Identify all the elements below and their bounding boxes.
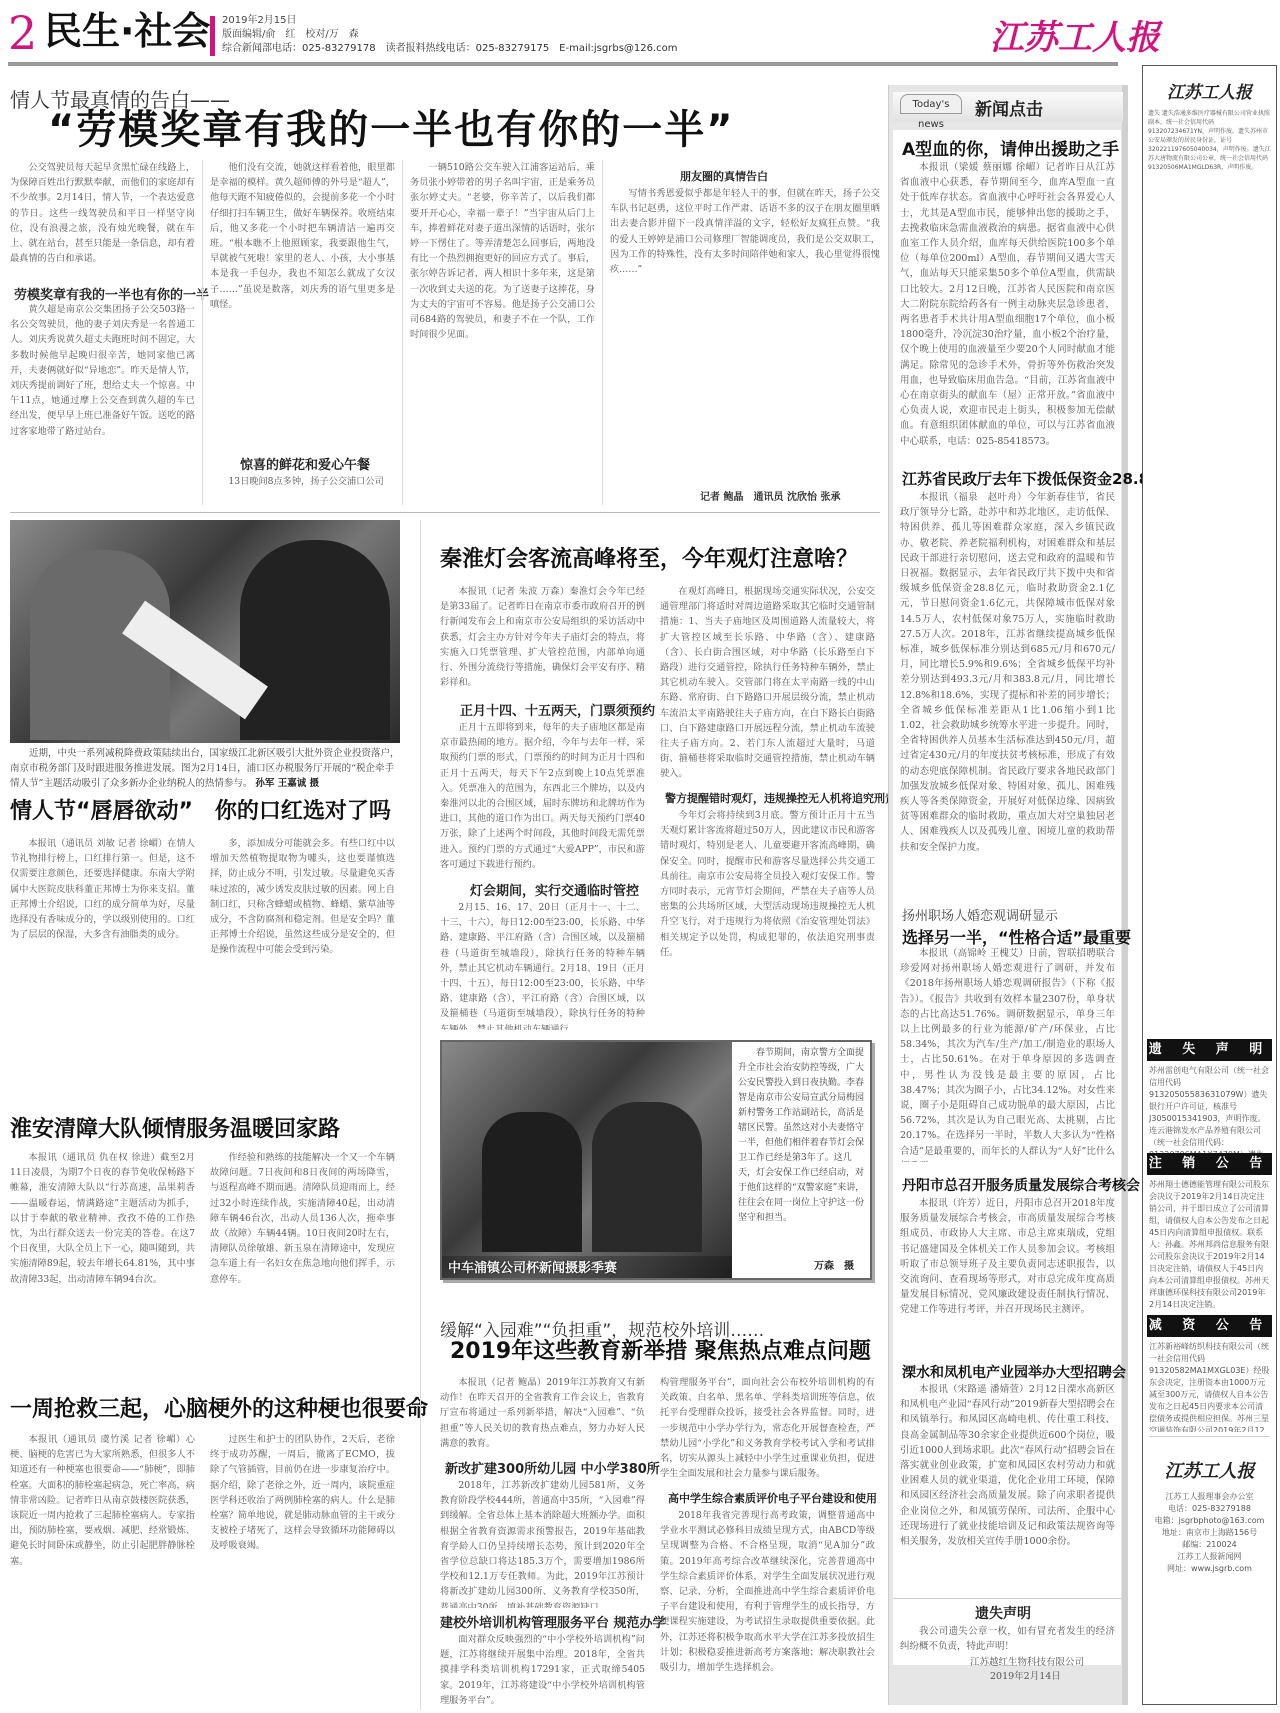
lead-body-col1: 公交驾驶员每天起早贪黑忙碌在线路上，为保障百姓出行默默奉献，而他们的家庭却有不少…: [10, 160, 195, 280]
qinhuai-body-col1c: 2月15、16、17、20日（正月十一、十二、十三、十六），每日12:00至23…: [440, 900, 645, 1030]
section-title: 民生·社会: [44, 12, 210, 50]
classifieds-footer-logo: 江苏工人报: [1149, 1457, 1270, 1483]
classifieds-footer: 江苏工人报 江苏工人报理事会办公室 电话：025-83279188 电箱：jsg…: [1149, 1436, 1270, 1575]
photo-contest-title: 中车浦镇公司杯新闻摄影季赛: [448, 1257, 617, 1276]
sidebar-item-body: 本报讯（宋路遥 潘婧萱）2月12日溧水高新区和凤机电产业园“春风行动”2019新…: [900, 1382, 1115, 1587]
huaian-headline: 淮安清障大队倾情服务温暖回家路: [10, 1118, 340, 1142]
huaian-body-col1: 本报讯（通讯员 仇在权 徐进）截至2月11日凌晨，为期7个日夜的春节免收保畅路下…: [10, 1150, 195, 1375]
qinhuai-subhead-3: 警方提醒错时观灯，违规操控无人机将追究刑责: [665, 790, 896, 806]
masthead-info: 2019年2月15日 版面编辑/俞 红 校对/万 森 综合新闻部电话：025-8…: [222, 14, 678, 56]
classifieds-footer-lines: 江苏工人报理事会办公室 电话：025-83279188 电箱：jsgrbphot…: [1149, 1491, 1270, 1575]
lost-notice-date: 2019年2月14日: [990, 1669, 1110, 1684]
masthead-accent-bar: [210, 16, 215, 56]
photo1-caption: 近期，中央一系列减税降费政策陆续出台，国家级江北新区吸引大批外资企业投资落户，南…: [10, 746, 400, 791]
page-number: 2: [8, 10, 37, 56]
huaian-body-col2: 作经验和熟练的技能解决一个又一个车辆故障问题。7日夜间和8日夜间的两场降雪，与返…: [210, 1150, 395, 1375]
editors-line: 版面编辑/俞 红 校对/万 森: [222, 28, 678, 42]
lost-notice-title: 遗失声明: [975, 1603, 1031, 1623]
qinhuai-body-col2: 在观灯高峰日，根据现场交通实际状况，公安交通管理部门将适时对周边道路采取其它临时…: [660, 584, 875, 784]
tax-service-photo: [10, 520, 400, 743]
sidebar-item-headline: A型血的你，请伸出援助之手: [902, 135, 1119, 160]
heart-body-col1: 本报讯（通讯员 虞竹溪 记者 徐嵋）心梗、脑梗的危害已为大家所熟悉，但很多人不知…: [10, 1432, 195, 1707]
education-subhead-1: 新改扩建300所幼儿园 中小学380所: [445, 1458, 660, 1477]
education-body-col1c: 面对群众反映强烈的“中小学校外培训机构”问题，江苏将继续开展集中治理。2018年…: [440, 1632, 645, 1710]
lead-body-col4: 写情书秀恩爱似乎都是年轻人干的事，但就在昨天，扬子公交车队书记赵勇，这位平时工作…: [610, 186, 880, 476]
lost-notice-body: 我公司遗失公章一枚，如有冒充者发生的经济纠纷概不负责，特此声明！: [900, 1624, 1115, 1656]
classified-section: 注 销 公 告 苏州翔士德德能管理有限公司股东会决议于2019年2月14日决定注…: [1143, 1153, 1276, 1315]
education-body-col1: 本报讯（记者 鲍晶）2019年江苏教育又有新动作！在昨天召开的全省教育工作会议上…: [440, 1375, 645, 1455]
sidebar-item-body: 本报讯（福泉 赵叶舟）今年新春佳节，省民政厅领导分七路，赴苏中和苏北地区，走访低…: [900, 490, 1115, 902]
lead-body-col3: 一辆510路公交车驶入江浦客运站后，乘务员张小婷带着的男子名叫宇宙，正是乘务员张…: [410, 160, 595, 505]
qinhuai-body-col2b: 今年灯会将持续到3月底。警方预计正月十五当天观灯累计客流将超过50万人，因此建议…: [660, 808, 875, 1033]
education-body-col2: 构管理服务平台”，面向社会公布校外培训机构的有关政策、白名单、黑名单、学科类培训…: [660, 1375, 875, 1485]
classified-section-title: 减 资 公 告: [1147, 1315, 1272, 1337]
classified-section: 减 资 公 告 江苏新裕峰纺织科技有限公司（统一社会信用代码91320582MA…: [1143, 1315, 1276, 1432]
sidebar-item-headline: 江苏省民政厅去年下拨低保资金28.8亿元: [902, 468, 1179, 489]
education-body-col1b: 2018年，江苏新改扩建幼儿园581所，义务教育阶段学校444所，普通高中35所…: [440, 1478, 645, 1608]
lead-subhead-4: 朋友圈的真情告白: [680, 168, 768, 184]
column-divider: [202, 160, 203, 505]
classifieds-column: 江苏工人报 遗失 遗失浩通多维医疗器械有限公司营业执照副本，统一社会信用代码91…: [1142, 65, 1277, 1705]
qinhuai-body-col1b: 正月十五即将到来，每年的夫子庙地区都是南京市最热闹的地方。据介绍，今年与去年一样…: [440, 720, 645, 875]
education-subhead-3: 高中学生综合素质评价电子平台建设和使用: [668, 1490, 877, 1506]
sidebar-divider: [893, 1598, 1121, 1599]
education-body-col2b: 2018年我省完善现行高考政策，调整普通高中学业水平测试必修科目成绩呈现方式，由…: [660, 1508, 875, 1710]
newspaper-logo: 江苏工人报: [990, 10, 1160, 59]
photo2-caption: 春节期间，南京警方全面提升全市社会治安防控等级，广大公安民警投入到日夜执勤。李春…: [738, 1046, 868, 1251]
qinhuai-body-col1: 本报讯（记者 朱波 万森）秦淮灯会今年已经是第33届了。记者昨日在南京市委市政府…: [440, 584, 645, 694]
classified-section: 遗 失 声 明 苏州雷创电气有限公司（统一社会信用代码9132050558363…: [1143, 1039, 1276, 1153]
sidebar-tab-cn: 新闻点击: [975, 95, 1043, 120]
issue-date: 2019年2月15日: [222, 14, 678, 28]
sidebar-item-headline: 选择另一半，“性格合适”最重要: [902, 925, 1131, 948]
education-subhead-2: 建校外培训机构管理服务平台 规范办学: [440, 1612, 666, 1631]
lead-byline: 记者 鲍晶 通讯员 沈欣怡 张承: [700, 488, 840, 503]
heart-headline: 一周抢救三起，心脑梗外的这种梗也很要命: [10, 1398, 428, 1422]
classified-section-body: 苏州翔士德德能管理有限公司股东会决议于2019年2月14日决定注销公司，并于即日…: [1143, 1175, 1276, 1315]
contacts-line: 综合新闻部电话：025-83279178 读者报料热线电话：025-832791…: [222, 42, 678, 56]
sidebar-item-headline: 丹阳市总召开服务质量发展综合考核会: [902, 1175, 1140, 1195]
sidebar-item-body: 本报讯（许芳）近日，丹阳市总召开2018年度服务质量发展综合考核会，市高质量发展…: [900, 1196, 1115, 1351]
education-headline: 2019年这些教育新举措 聚焦热点难点问题: [450, 1340, 871, 1364]
classified-section-body: 苏州雷创电气有限公司（统一社会信用代码91320505583631079W）遗失…: [1143, 1061, 1276, 1153]
sidebar-tab-en: Today's news: [900, 94, 962, 114]
photo2-credit: 万森 摄: [814, 1257, 854, 1272]
photo1-credit: 孙军 王嘉诚 摄: [255, 778, 319, 789]
lost-notice-company: 江苏越红生物科技有限公司: [970, 1655, 1120, 1670]
sidebar-item-body: 本报讯（梁媛 蔡丽娜 徐嵋）记者昨日从江苏省血液中心获悉，春节期间至今，血库A型…: [900, 160, 1115, 460]
lead-subhead-2: 惊喜的鲜花和爱心午餐: [240, 454, 370, 473]
row-divider: [10, 512, 880, 513]
qinhuai-subhead-1: 正月十四、十五两天，门票须预约: [460, 700, 655, 719]
lead-body-col2: 他们没有交流，她就这样看着他，眼里都是幸福的模样。黄久超师傅的外号是“超人”，他…: [210, 160, 395, 450]
column-divider: [602, 160, 603, 505]
qinhuai-subhead-2: 灯会期间，实行交通临时管控: [470, 880, 639, 899]
sidebar-item-kicker: 扬州职场人婚恋观调研显示: [902, 905, 1058, 924]
heart-body-col2: 过医生和护士的团队协作，2天后，老徐终于成功苏醒，一周后，撤离了ECMO，拔除了…: [210, 1432, 395, 1707]
sidebar-item-body: 本报讯（高锦岭 王槐艾）日前，智联招聘联合珍爱网对扬州职场人婚恋观进行了调研，并…: [900, 946, 1115, 1162]
classifieds-logo: 江苏工人报: [1143, 78, 1276, 103]
lead-body-col2b: 13日晚间8点多钟，扬子公交浦口公司: [210, 474, 395, 504]
column-divider: [402, 160, 403, 505]
sidebar-item-headline: 溧水和凤机电产业园举办大型招聘会: [902, 1362, 1126, 1382]
police-photo-box: 中车浦镇公司杯新闻摄影季赛 春节期间，南京警方全面提升全市社会治安防控等级，广大…: [440, 1040, 872, 1280]
lipstick-body-col2: 多，添加成分可能就会多。有些口红中以增加天然植物提取物为噱头，这也要谨慎选择，防…: [210, 836, 395, 1101]
police-photo: 中车浦镇公司杯新闻摄影季赛: [442, 1042, 732, 1278]
education-kicker: 缓解“入园难”“负担重”，规范校外培训……: [440, 1316, 764, 1341]
lipstick-headline: 情人节“唇唇欲动” 你的口红选对了吗: [10, 800, 391, 824]
classified-section-title: 遗 失 声 明: [1147, 1039, 1272, 1061]
classifieds-top-text: 遗失 遗失浩通多维医疗器械有限公司营业执照副本，统一社会信用代码91320723…: [1143, 109, 1276, 1039]
lipstick-body-col1: 本报讯（通讯员 刘敏 记者 徐嵋）在情人节礼物排行榜上，口红排行第一。但是，这不…: [10, 836, 195, 1101]
qinhuai-headline: 秦淮灯会客流高峰将至，今年观灯注意啥？: [440, 548, 858, 572]
lead-headline: “劳模奖章有我的一半也有你的一半”: [48, 108, 735, 152]
lead-body-col1b: 黄久超是南京公交集团扬子公交503路一名公交驾驶员，他的妻子刘庆秀是一名普通工人…: [10, 302, 195, 502]
classified-section-body: 江苏新裕峰纺织科技有限公司（统一社会信用代码91320582MA1MXGL03E…: [1143, 1337, 1276, 1432]
column-divider: [420, 520, 421, 1710]
masthead-rule: [8, 62, 1118, 66]
classified-section-title: 注 销 公 告: [1147, 1153, 1272, 1175]
lead-subhead-1: 劳模奖章有我的一半也有你的一半: [14, 284, 209, 303]
